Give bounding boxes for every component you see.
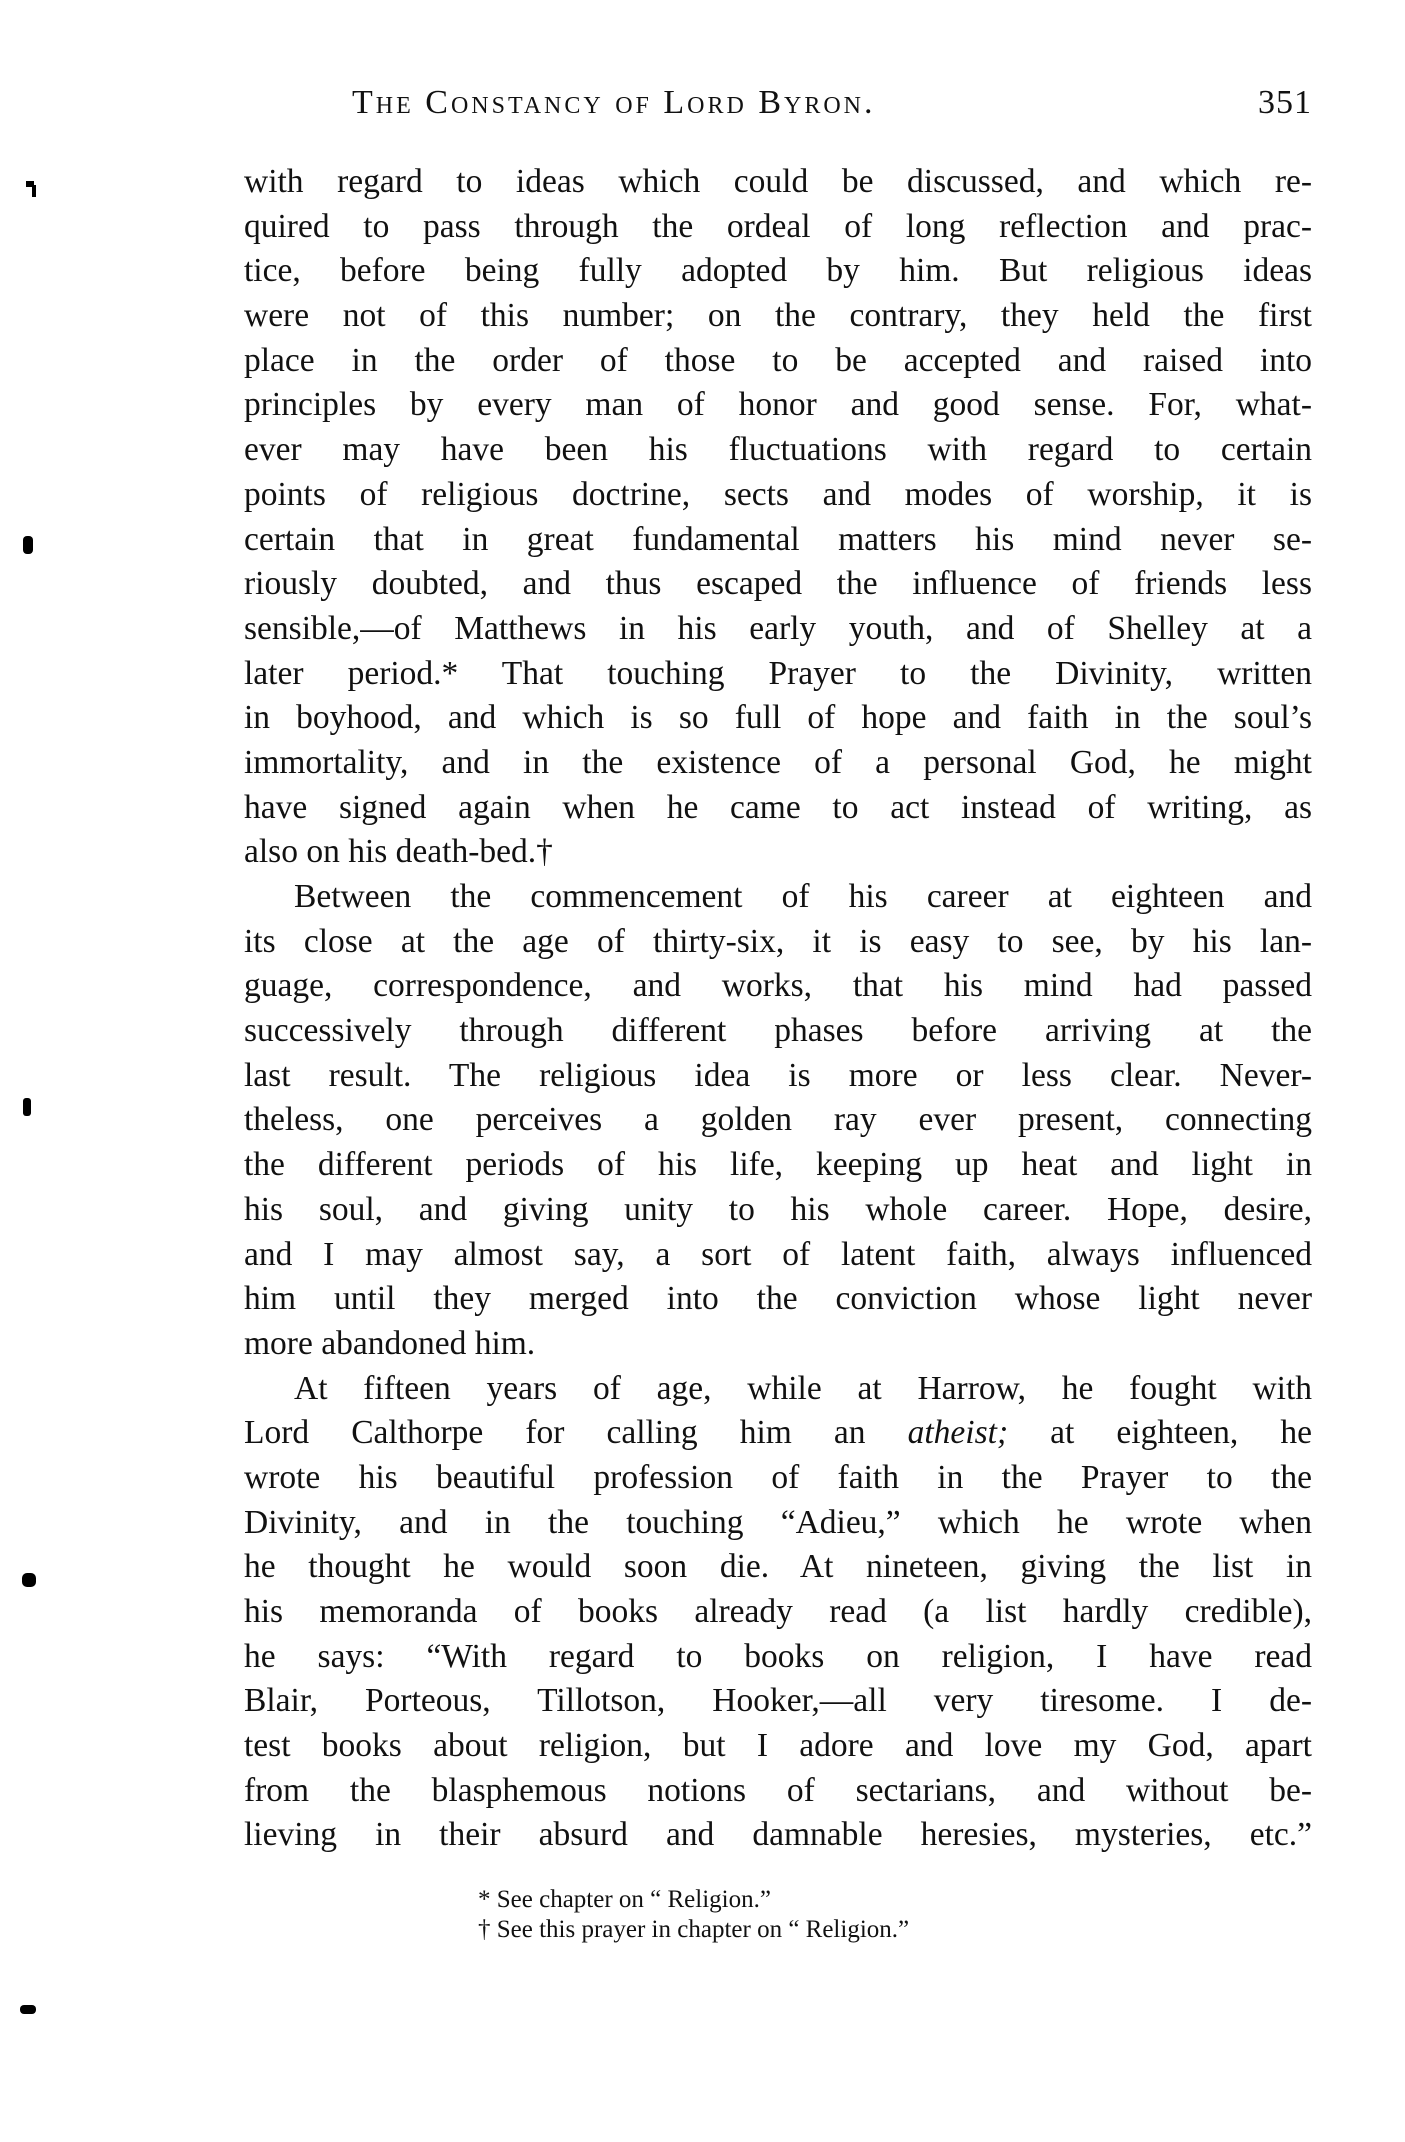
scan-artifact [20, 2005, 36, 2014]
text-line: test books about religion, but I adore a… [244, 1724, 1312, 1769]
text-line: its close at the age of thirty-six, it i… [244, 920, 1312, 965]
text-line: lieving in their absurd and damnable her… [244, 1813, 1312, 1858]
text-line: successively through different phases be… [244, 1009, 1312, 1054]
text-line: sensible,—of Matthews in his early youth… [244, 607, 1312, 652]
page-number: 351 [1258, 84, 1312, 122]
text-line: Lord Calthorpe for calling him an atheis… [244, 1411, 1312, 1456]
text-line: tice, before being fully adopted by him.… [244, 249, 1312, 294]
paragraph-1: with regard to ideas which could be disc… [244, 160, 1312, 875]
text-segment: Lord Calthorpe for calling him an [244, 1414, 908, 1451]
book-page: The Constancy of Lord Byron. 351 with re… [0, 0, 1405, 2142]
text-line: also on his death-bed.† [244, 830, 1312, 875]
text-line: more abandoned him. [244, 1322, 1312, 1367]
text-line: he says: “With regard to books on religi… [244, 1635, 1312, 1680]
text-line: his soul, and giving unity to his whole … [244, 1188, 1312, 1233]
text-line: points of religious doctrine, sects and … [244, 473, 1312, 518]
running-head: The Constancy of Lord Byron. 351 [352, 84, 1312, 132]
footnotes: * See chapter on “ Religion.” † See this… [478, 1885, 909, 1945]
text-line: in boyhood, and which is so full of hope… [244, 696, 1312, 741]
text-line: ever may have been his fluctuations with… [244, 428, 1312, 473]
italic-word: atheist; [908, 1414, 1008, 1451]
scan-artifact [23, 536, 33, 554]
chapter-title: The Constancy of Lord Byron. [352, 84, 876, 122]
text-line: principles by every man of honor and goo… [244, 383, 1312, 428]
paragraph-2: Between the commencement of his career a… [244, 875, 1312, 1367]
text-line: immortality, and in the existence of a p… [244, 741, 1312, 786]
text-line: last result. The religious idea is more … [244, 1054, 1312, 1099]
text-line: riously doubted, and thus escaped the in… [244, 562, 1312, 607]
text-line: guage, correspondence, and works, that h… [244, 964, 1312, 1009]
text-line: certain that in great fundamental matter… [244, 518, 1312, 563]
text-line: At fifteen years of age, while at Harrow… [244, 1367, 1312, 1412]
text-line: with regard to ideas which could be disc… [244, 160, 1312, 205]
body-text: with regard to ideas which could be disc… [244, 160, 1312, 1858]
text-segment: at eighteen, he [1008, 1414, 1312, 1451]
text-line: from the blasphemous notions of sectaria… [244, 1769, 1312, 1814]
text-line: wrote his beautiful profession of faith … [244, 1456, 1312, 1501]
text-line: him until they merged into the convictio… [244, 1277, 1312, 1322]
scan-artifact [32, 185, 36, 197]
text-line: place in the order of those to be accept… [244, 339, 1312, 384]
paragraph-3: At fifteen years of age, while at Harrow… [244, 1367, 1312, 1859]
scan-artifact [22, 1573, 36, 1587]
text-line: Blair, Porteous, Tillotson, Hooker,—all … [244, 1679, 1312, 1724]
text-line: his memoranda of books already read (a l… [244, 1590, 1312, 1635]
text-line: were not of this number; on the contrary… [244, 294, 1312, 339]
text-line: and I may almost say, a sort of latent f… [244, 1233, 1312, 1278]
footnote-dagger: † See this prayer in chapter on “ Religi… [478, 1915, 909, 1945]
text-line: have signed again when he came to act in… [244, 786, 1312, 831]
footnote-asterisk: * See chapter on “ Religion.” [478, 1885, 909, 1915]
scan-artifact [23, 1098, 31, 1116]
text-line: Divinity, and in the touching “Adieu,” w… [244, 1501, 1312, 1546]
text-line: later period.* That touching Prayer to t… [244, 652, 1312, 697]
text-line: theless, one perceives a golden ray ever… [244, 1098, 1312, 1143]
text-line: Between the commencement of his career a… [244, 875, 1312, 920]
text-line: quired to pass through the ordeal of lon… [244, 205, 1312, 250]
text-line: the different periods of his life, keepi… [244, 1143, 1312, 1188]
text-line: he thought he would soon die. At ninetee… [244, 1545, 1312, 1590]
